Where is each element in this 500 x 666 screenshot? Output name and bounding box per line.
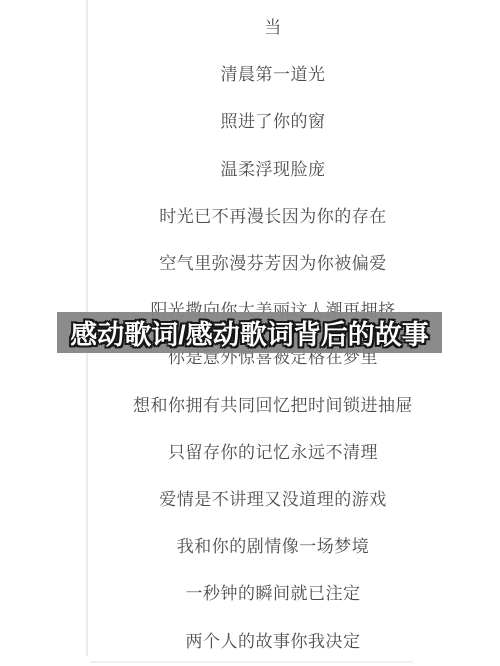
lyric-line: 只留存你的记忆永远不清理	[88, 427, 458, 474]
lyric-line: 照进了你的窗	[88, 96, 458, 143]
lyric-line: 当	[88, 2, 458, 49]
lyric-line: 爱情是不讲理又没道理的游戏	[88, 474, 458, 521]
lyric-line: 两个人的故事你我决定	[88, 615, 458, 662]
lyric-line: 温柔浮现脸庞	[88, 144, 458, 191]
lyric-line: 清晨第一道光	[88, 49, 458, 96]
watermark-title-text: 感动歌词/感动歌词背后的故事	[70, 313, 429, 352]
lyric-line: 一秒钟的瞬间就已注定	[88, 568, 458, 615]
lyric-line: 空气里弥漫芬芳因为你被偏爱	[88, 238, 458, 285]
lyric-line: 我和你的剧情像一场梦境	[88, 521, 458, 568]
lyric-line: 想和你拥有共同回忆把时间锁进抽屉	[88, 380, 458, 427]
lyric-line: 时光已不再漫长因为你的存在	[88, 191, 458, 238]
watermark-title-banner: 感动歌词/感动歌词背后的故事	[57, 312, 442, 353]
